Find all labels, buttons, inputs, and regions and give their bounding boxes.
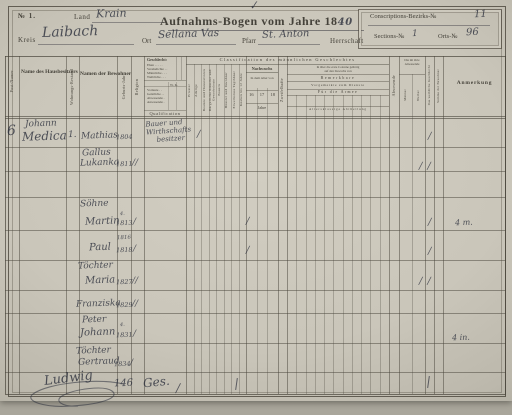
tally-mark: ∕ [133, 329, 136, 339]
tally-mark: ∕ [428, 246, 431, 257]
grid-hline [5, 118, 506, 119]
col-religion-label: Religion [131, 60, 144, 114]
resident-name-r2b: Lukanka [80, 157, 120, 168]
land-value: Krain [96, 6, 127, 20]
grid-hline [5, 290, 506, 291]
class-col-knaben: Knaben bis 12 Jahre [239, 66, 247, 114]
grid-hline [287, 95, 389, 96]
remark-note-2: 4 in. [452, 333, 470, 343]
section-value: 1 [412, 29, 418, 39]
grid-hline [5, 313, 506, 314]
birth-year-r7: 1829 [116, 301, 133, 310]
signature-initials: Ges. [142, 374, 170, 391]
tally-mark: ∕ [133, 244, 136, 254]
col-geburtsjahr-label: Geburts-Jahr [117, 60, 131, 114]
tally-mark: ∕ [130, 358, 133, 368]
birth-year-r9: 1834 [114, 360, 131, 369]
birth-year-r8: 1831 [116, 331, 133, 340]
sheet-number: № 1. [18, 12, 36, 20]
conscription-label: Conscriptions-Bezirks-№ [370, 13, 437, 20]
scanned-census-form: № 1. Land Krain Aufnahms-Bogen vom Jahre… [0, 0, 512, 415]
birth-year-r2: 1811 [116, 160, 133, 169]
pfarr-value: St. Anton [262, 28, 310, 41]
pen-check-mark: ✓ [248, 0, 260, 13]
grid-hline [5, 116, 506, 117]
zuwachs-line3: Vorgemerkte zum Dienste [287, 83, 389, 87]
birth-year-note-r8: 4. [120, 322, 125, 328]
pfarr-underline [258, 44, 320, 45]
class-col-beamte: Beamte und Honoratioren [201, 66, 209, 114]
col-hausbesitzer-label: Name des Hausbesitzers [21, 68, 64, 77]
grid-hline [5, 230, 506, 231]
qualification-row4: Anwesende . [147, 100, 183, 104]
resident-name-r8a: Peter [82, 315, 107, 326]
tally-mark: ∕∕ [132, 276, 138, 286]
grid-hline [287, 74, 389, 75]
grid-vline [315, 95, 316, 394]
qualification-label: Qualification [144, 111, 186, 116]
zuwachs-footer: Altersklassige Abtheilung [287, 107, 389, 111]
grid-vline [267, 88, 268, 394]
ortsno-value: 96 [466, 27, 479, 38]
birth-year-r1: 1804 [116, 133, 133, 142]
grid-vline [296, 95, 297, 394]
col-religion-text: Religion [135, 79, 139, 95]
classification-title: Classification des männlichen Geschlecht… [186, 57, 389, 62]
grid-vline [361, 95, 362, 394]
grid-vline [306, 95, 307, 394]
class-col-erwerbslose: Erwerbslose Taglöhner [231, 66, 239, 114]
class-col-gewerbsleute: Bürgerliche Künstler und Gewerbsleute [209, 66, 217, 114]
ort-underline [156, 44, 236, 45]
grid-vline [343, 95, 344, 394]
group-label-toechter2: Töchter [76, 345, 111, 356]
land-label: Land [74, 13, 90, 21]
geschlecht-row4: Weibliche . . . [147, 75, 183, 79]
grid-vline [380, 95, 381, 394]
kreis-underline [38, 44, 134, 45]
birth-year-r6: 1827 [116, 278, 133, 287]
tally-mark: ∕∕ [419, 161, 436, 172]
remark-note-1: 4 m. [455, 218, 473, 228]
col-zweifel-label: Zweifelhafte [278, 66, 287, 114]
nachwuchs-17: 17 [257, 92, 268, 97]
group-label-soehne: Söhne [80, 199, 109, 210]
total-count: 146 [114, 378, 133, 390]
grid-vline [324, 95, 325, 394]
anwesend-weiber-label: Weiber [412, 76, 425, 114]
col-wohnung-label: Wohnungs-Bestand [66, 60, 79, 114]
owner-last-name: Medica [22, 128, 67, 144]
nachwuchs-16: 16 [246, 92, 257, 97]
ort-value: Sellana Vas [158, 27, 219, 41]
class-col-adelige: Adelige [194, 66, 202, 114]
col-postno-label: Post-Numer [5, 70, 19, 93]
col-abwesende-label: Abwesende [389, 57, 399, 114]
anwesend-maenner-label: Männer [399, 76, 412, 114]
nachwuchs-unit: Jahre [246, 105, 278, 110]
resident-name-r1: Mathias [81, 130, 118, 141]
kreis-value: Laibach [42, 23, 99, 41]
geschlecht-title: Geschlecht: [147, 57, 167, 62]
birth-year-note-r4: 4. [120, 211, 125, 217]
birth-year-note-r5: 1816 [117, 235, 131, 241]
tally-mark: ∕ [246, 245, 249, 256]
form-title-year: 40 [338, 17, 353, 28]
col-wohnung-text: Wohnungs-Bestand [70, 69, 74, 105]
nachwuchs-18: 18 [267, 92, 278, 97]
tally-mark: ∕ [197, 129, 200, 140]
zuwachs-line1: In über die erste Colonne gehörig auf de… [288, 65, 388, 73]
qualification-rows: Vorleute . . Geistliche . . Abwesende . … [147, 88, 183, 104]
class-col-bauern: Bauern [216, 66, 224, 114]
grid-vline [352, 95, 353, 394]
geschlecht-rows: Ehen . . . . . Verehelichte . . Männlich… [147, 63, 183, 79]
nachwuchs-title: Nachwuchs [246, 66, 278, 71]
grid-vline [257, 88, 258, 394]
form-title-text: Aufnahms-Bogen vom Jahre 18 [160, 14, 338, 28]
tally-mark: ∕ [428, 131, 431, 142]
resident-name-r5: Paul [89, 242, 111, 254]
tally-mark: ∕∕ [132, 158, 138, 168]
col-bewohner-label: Namen der Bewohner [80, 70, 116, 79]
tally-mark: ∕ [176, 381, 180, 395]
class-col-haeusler: Häusler und Inwohner [224, 66, 232, 114]
tally-mark: ∕∕ [132, 299, 138, 309]
conscription-value: 11 [474, 9, 487, 20]
col-anmerkung-label: Anmerkung [443, 80, 506, 86]
herrschaft-label: Herrschaft [330, 37, 364, 45]
grid-vline [370, 95, 371, 394]
resident-name-r8b: Johann [80, 326, 116, 338]
grid-hline [5, 147, 506, 148]
land-underline [92, 22, 164, 23]
nachwuchs-line: In dem Alter von [247, 76, 277, 80]
resident-name-r6: Maria [85, 274, 116, 286]
dwelling-number: 1. [68, 130, 77, 140]
zuwachs-line4: Für die Armee [287, 90, 389, 94]
form-title: Aufnahms-Bogen vom Jahre 1840 [160, 14, 353, 29]
grid-hline [5, 343, 506, 344]
grid-hline [246, 103, 278, 104]
birth-year-r4: 1813 [116, 219, 133, 228]
grid-hline [144, 86, 186, 87]
grid-hline [246, 72, 278, 73]
kreis-label: Kreis [18, 36, 36, 44]
resident-name-r4: Martin [85, 215, 120, 227]
col-summe-label: Summe der Bewohner [434, 57, 443, 114]
grid-hline [399, 74, 425, 75]
grid-vline [333, 95, 334, 394]
grid-vline [412, 74, 413, 394]
pfarr-label: Pfarr [242, 37, 256, 45]
col-geburtsjahr-text: Geburts-Jahr [122, 75, 126, 99]
class-col-priester: Priester [186, 66, 194, 114]
qualification-entry: Bauer und Wirthschafts besitzer [145, 117, 192, 144]
group-label-toechter1: Töchter [78, 260, 113, 271]
section-label: Sections-№ [374, 33, 404, 40]
anwesend-group-title: Die im Orte Anwesende [400, 58, 424, 66]
resident-name-r7: Franziska [76, 298, 121, 310]
zuwachs-line2: Bemerkbare [287, 76, 389, 80]
ortsno-label: Orts-№ [438, 33, 458, 40]
grid-hline [5, 197, 506, 198]
grid-hline [246, 90, 278, 91]
qualification-cols: W. K. [170, 83, 178, 87]
col-postno-text: Post-Numer [10, 70, 14, 92]
birth-year-r5: 1818 [116, 246, 133, 255]
zuwachs-line1b: auf den Zuwachs von [288, 69, 388, 73]
ort-label: Ort [142, 37, 151, 45]
tally-mark: ∕ [133, 217, 136, 227]
tally-mark: ∕ [246, 216, 249, 227]
conscription-underline [368, 25, 490, 26]
house-number: 6 [7, 123, 16, 139]
col-weiblich-label: Das weibliche Geschlecht [425, 57, 434, 114]
tally-mark: ∕∕ [419, 276, 436, 287]
grid-hline [144, 80, 186, 81]
tally-mark: ∕ [428, 217, 431, 228]
